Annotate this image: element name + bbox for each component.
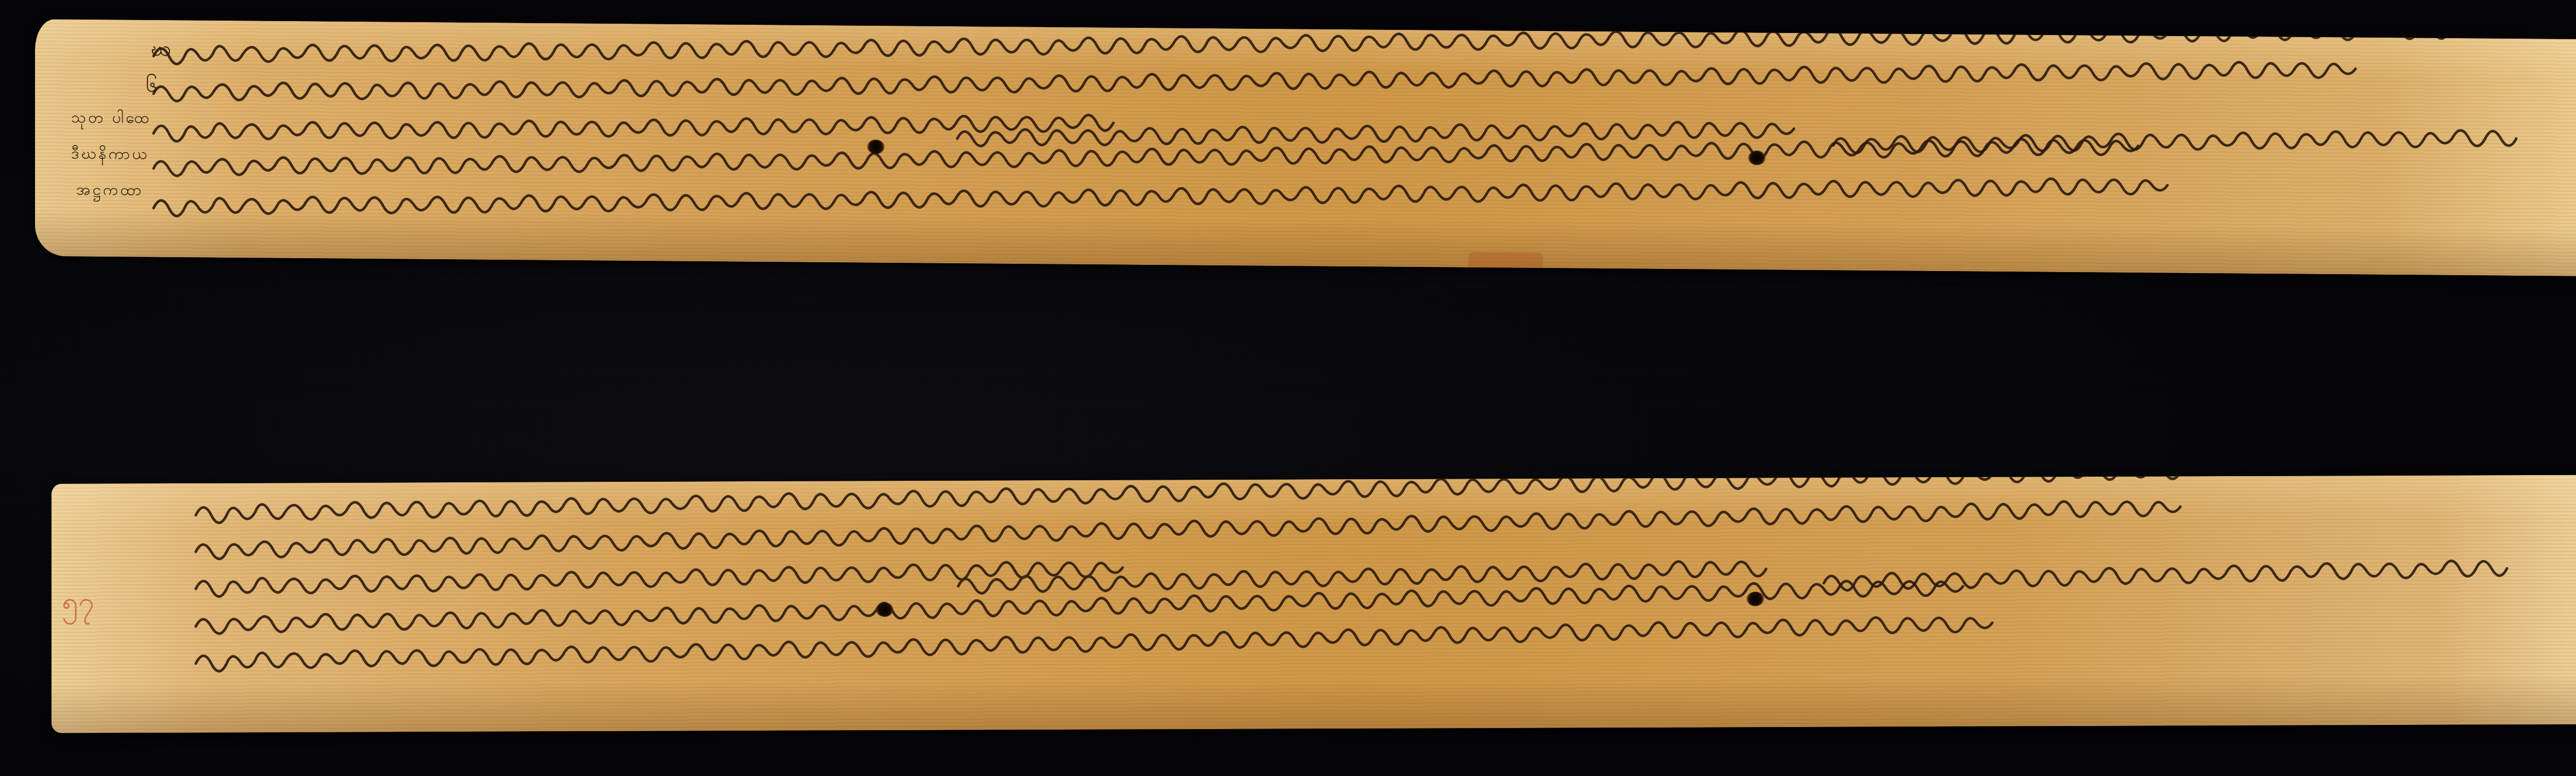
binding-hole-right bbox=[1748, 150, 1766, 165]
binding-hole-right bbox=[1747, 592, 1764, 606]
margin-note-5: အဋ္ဌကထာ bbox=[76, 179, 144, 203]
binding-hole-left bbox=[876, 602, 893, 617]
margin-note-4: ဒီဃနိကာယ bbox=[71, 143, 149, 167]
palm-leaf-bottom: ၅၇ ဦးဟိယေပုဗ္ဗတောင်တိဿ ပုဂ္ဂိသောင်ဥစ္စ က… bbox=[52, 475, 2576, 733]
folio-number-mark: ၅၇ bbox=[62, 584, 94, 627]
manuscript-line-5: ဘွဲ့ဂိုဂုံ ဥဂုံ ကိုဂုံ ဂုံပြည်ကြာ ဂုံဂုံ… bbox=[196, 635, 2478, 679]
manuscript-line-3: ရှော်ဝါသံရှင်ဘဂုံ ဝိပဿနာဂုံ ဂိုဂုံ ကိုဂု… bbox=[196, 560, 2478, 604]
margin-note-3: သုတ ပါထေ bbox=[71, 107, 151, 131]
palm-leaf-top: ဃ ၆ သုတ ပါထေ ဒီဃနိကာယ အဋ္ဌကထာ ထိုင်ကံချု… bbox=[35, 19, 2576, 277]
binding-hole-left bbox=[867, 140, 885, 154]
